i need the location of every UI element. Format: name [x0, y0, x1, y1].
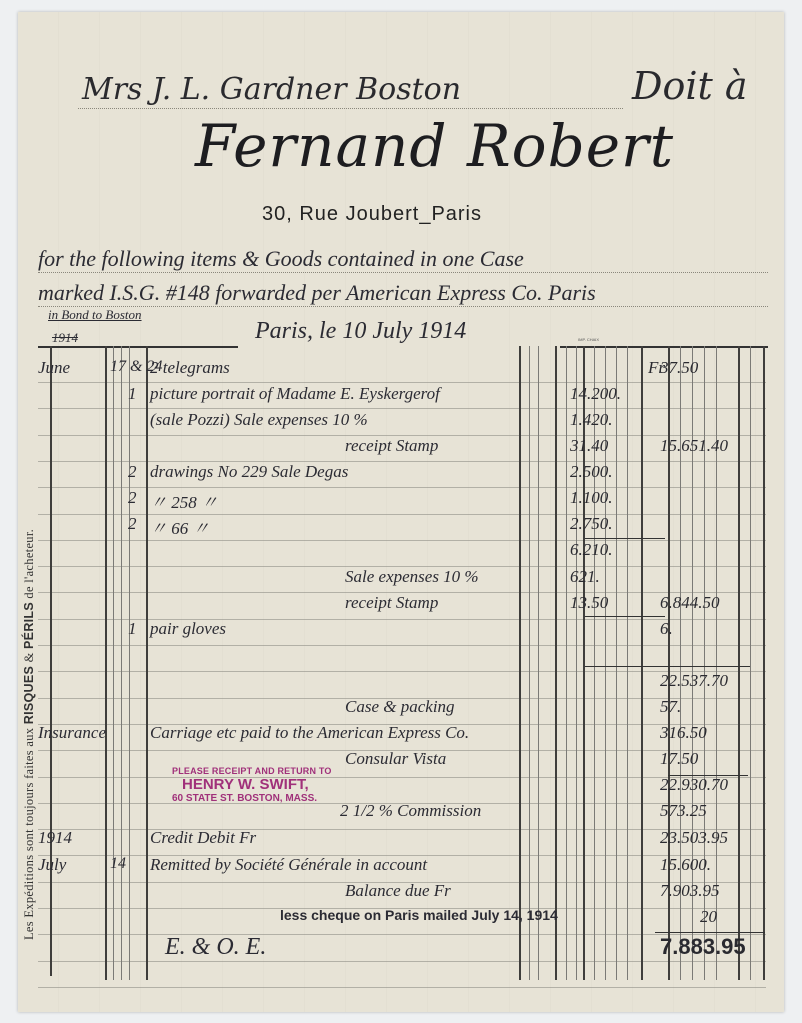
ledger-total: 22.930.70 — [660, 775, 728, 795]
ledger-qty: 1 — [128, 384, 137, 404]
date-column-rule — [105, 346, 107, 980]
ledger-total: 15.651.40 — [660, 436, 728, 456]
desc-column-rule — [146, 346, 148, 980]
amount-column-rule — [566, 346, 567, 980]
ledger-subamount: 13.50 — [570, 593, 608, 613]
ledger-total: 22.537.70 — [660, 671, 728, 691]
ledger-total: 17.50 — [660, 749, 698, 769]
amount-column-rule — [538, 346, 539, 980]
amount-column-rule — [641, 346, 643, 980]
ledger-month: 1914 — [38, 828, 72, 848]
ledger-month: Insurance — [38, 723, 106, 743]
amount-column-rule — [529, 346, 530, 980]
addressee: Mrs J. L. Gardner Boston — [82, 72, 461, 107]
ledger-description: receipt Stamp — [345, 436, 438, 456]
year-note: 1914 — [52, 330, 78, 346]
receipt-stamp: PLEASE RECEIPT AND RETURN TO HENRY W. SW… — [172, 766, 332, 804]
ledger-description: receipt Stamp — [345, 593, 438, 613]
ledger-total: 316.50 — [660, 723, 707, 743]
ledger-description: 2 1/2 % Commission — [340, 801, 481, 821]
description-line-3: in Bond to Boston — [48, 307, 142, 323]
total-column-rule — [738, 346, 740, 980]
dotted-rule — [38, 272, 768, 273]
ledger-total: 7.883.95 — [660, 934, 746, 960]
amount-column-rule — [616, 346, 617, 980]
amount-column-rule — [555, 346, 557, 980]
date-rule-left — [38, 346, 238, 348]
dotted-rule — [38, 306, 768, 307]
date-rule-right — [560, 346, 768, 348]
subtotal-rule — [585, 616, 665, 617]
ledger-description: Case & packing — [345, 697, 455, 717]
ledger-total: 57. — [660, 697, 681, 717]
amount-column-rule — [519, 346, 521, 980]
ledger-qty: 2 — [128, 488, 137, 508]
ledger-subamount: 14.200. — [570, 384, 621, 404]
ledger-description: Balance due Fr — [345, 881, 451, 901]
ledger-description: Carriage etc paid to the American Expres… — [150, 723, 469, 743]
margin-rule — [50, 346, 52, 976]
ledger-qty: 2 — [128, 514, 137, 534]
total-rule — [655, 932, 765, 933]
terms-side-text: Les Expéditions sont toujours faites aux… — [22, 529, 37, 940]
ledger-description: 2 telegrams — [150, 358, 230, 378]
ledger-qty: 2 — [128, 462, 137, 482]
total-rule — [585, 666, 750, 667]
ledger-total: 37.50 — [660, 358, 698, 378]
amount-column-rule — [627, 346, 628, 980]
ledger-subamount: 1.420. — [570, 410, 613, 430]
ledger-subamount: 2.500. — [570, 462, 613, 482]
subtotal-rule — [585, 538, 665, 539]
ledger-total: 23.503.95 — [660, 828, 728, 848]
ledger-total: 20 — [700, 907, 717, 927]
ledger-total: 573.25 — [660, 801, 707, 821]
ledger-description: 〃 258 〃 — [150, 488, 218, 513]
date-column-rule — [129, 346, 130, 980]
doit-a: Doit à — [632, 64, 748, 108]
addressee-underline — [78, 108, 623, 109]
ledger-description: less cheque on Paris mailed July 14, 191… — [280, 907, 558, 923]
ledger-total: 7.903.95 — [660, 881, 720, 901]
date-column-rule — [113, 346, 114, 980]
ledger-description: E. & O. E. — [165, 934, 266, 961]
stamp-line-3: 60 STATE ST. BOSTON, MASS. — [172, 793, 332, 804]
date-column-rule — [121, 346, 122, 980]
ledger-rule — [38, 987, 766, 988]
ledger-subamount: 6.210. — [570, 540, 613, 560]
ledger-description: Credit Debit Fr — [150, 828, 256, 848]
total-column-rule — [750, 346, 751, 980]
ledger-day: 14 — [110, 855, 126, 873]
ledger-description: pair gloves — [150, 619, 226, 639]
total-column-rule — [763, 346, 765, 980]
ledger-qty: 1 — [128, 619, 137, 639]
ledger-subamount: 2.750. — [570, 514, 613, 534]
ledger-subamount: 1.100. — [570, 488, 613, 508]
ledger-subamount: 621. — [570, 567, 600, 587]
ledger-description: 〃 66 〃 — [150, 514, 210, 539]
stamp-line-1: PLEASE RECEIPT AND RETURN TO — [172, 766, 332, 776]
ledger-month: June — [38, 358, 70, 378]
ledger-subamount: 31.40 — [570, 436, 608, 456]
ledger-description: drawings No 229 Sale Degas — [150, 462, 348, 482]
ledger-total: 15.600. — [660, 855, 711, 875]
merchant-name: Fernand Robert — [195, 112, 674, 180]
description-line-1: for the following items & Goods containe… — [38, 246, 524, 272]
ledger-month: July — [38, 855, 66, 875]
description-line-2: marked I.S.G. #148 forwarded per America… — [38, 280, 596, 306]
printer-mark: IMP. CHAIX — [578, 337, 599, 342]
stamp-line-2: HENRY W. SWIFT, — [182, 776, 332, 793]
ledger-description: Remitted by Société Générale in account — [150, 855, 427, 875]
ledger-description: Consular Vista — [345, 749, 446, 769]
ledger-description: (sale Pozzi) Sale expenses 10 % — [150, 410, 368, 430]
ledger-total: 6. — [660, 619, 673, 639]
merchant-address: 30, Rue Joubert_Paris — [262, 203, 482, 226]
ledger-description: Sale expenses 10 % — [345, 567, 479, 587]
ledger-total: 6.844.50 — [660, 593, 720, 613]
place-date: Paris, le 10 July 1914 — [255, 318, 466, 345]
ledger-description: picture portrait of Madame E. Eyskergero… — [150, 384, 440, 404]
